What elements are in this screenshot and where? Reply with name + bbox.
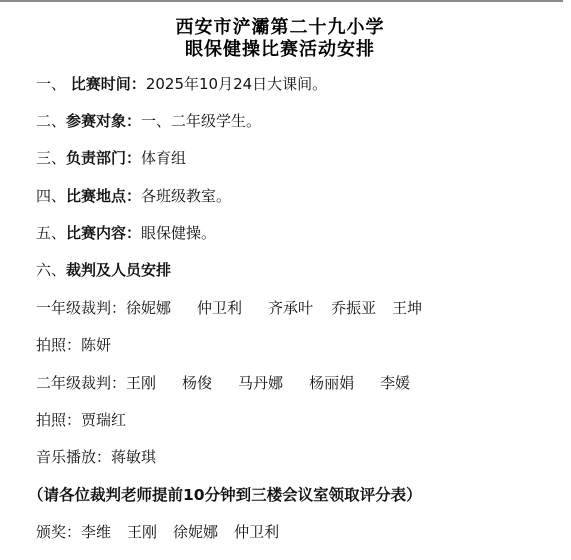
grade1-photographer-row: 拍照：陈妍 <box>36 335 111 355</box>
presenter-name: 仲卫利 <box>234 523 279 541</box>
awards-label: 颁奖： <box>36 523 81 541</box>
item-prefix: 四、 <box>36 187 66 205</box>
presenter-name: 徐妮娜 <box>173 523 218 541</box>
judge-name: 杨丽娟 <box>309 374 354 392</box>
item-competition-time: 一、 比赛时间：2025年10月24日大课间。 <box>36 74 327 94</box>
photographer-name: 陈妍 <box>81 336 111 354</box>
photographer-label: 拍照： <box>36 336 81 354</box>
judges-instruction-note: （请各位裁判老师提前10分钟到三楼会议室领取评分表） <box>28 485 422 505</box>
judge-name: 乔振亚 <box>331 299 376 317</box>
presenter-name: 王刚 <box>127 523 157 541</box>
grade2-judges-label: 二年级裁判： <box>36 374 126 392</box>
item-colon: ： <box>126 187 141 205</box>
judge-name: 仲卫利 <box>197 299 242 317</box>
item-label: 比赛地点 <box>66 187 126 205</box>
item-value: 体育组 <box>141 149 186 167</box>
item-label: 参赛对象 <box>66 112 126 130</box>
photographer-name: 贾瑞红 <box>81 411 126 429</box>
judge-name: 王刚 <box>126 374 156 392</box>
item-prefix: 六、 <box>36 261 66 279</box>
grade2-photographer-row: 拍照：贾瑞红 <box>36 410 126 430</box>
top-border-rule <box>0 0 563 2</box>
item-value: 各班级教室。 <box>141 187 231 205</box>
item-prefix: 一、 <box>36 75 71 93</box>
item-value: 2025年10月24日大课间。 <box>146 75 327 93</box>
item-colon: ： <box>126 224 141 242</box>
item-content: 五、比赛内容：眼保健操。 <box>36 223 216 243</box>
item-value: 眼保健操。 <box>141 224 216 242</box>
judge-name: 王坤 <box>392 299 422 317</box>
awards-row: 颁奖：李维王刚徐妮娜仲卫利 <box>36 522 279 542</box>
judge-name: 马丹娜 <box>238 374 283 392</box>
photographer-label: 拍照： <box>36 411 81 429</box>
item-location: 四、比赛地点：各班级教室。 <box>36 186 231 206</box>
music-label: 音乐播放： <box>36 448 111 466</box>
item-colon: ： <box>131 75 146 93</box>
item-staff-arrangement: 六、裁判及人员安排 <box>36 260 171 280</box>
item-label: 比赛时间 <box>71 75 131 93</box>
judge-name: 齐承叶 <box>268 299 313 317</box>
item-colon: ： <box>126 112 141 130</box>
music-operator-name: 蒋敏琪 <box>111 448 156 466</box>
item-label: 裁判及人员安排 <box>66 261 171 279</box>
item-prefix: 五、 <box>36 224 66 242</box>
grade1-judges-row: 一年级裁判：徐妮娜仲卫利齐承叶乔振亚王坤 <box>36 298 422 318</box>
item-label: 负责部门 <box>66 149 126 167</box>
document-title-event: 眼保健操比赛活动安排 <box>0 39 560 61</box>
grade2-judges-row: 二年级裁判：王刚杨俊马丹娜杨丽娟李媛 <box>36 373 410 393</box>
judge-name: 徐妮娜 <box>126 299 171 317</box>
judge-name: 杨俊 <box>182 374 212 392</box>
item-prefix: 二、 <box>36 112 66 130</box>
item-colon: ： <box>126 149 141 167</box>
judge-name: 李媛 <box>380 374 410 392</box>
grade1-judges-label: 一年级裁判： <box>36 299 126 317</box>
item-value: 一、二年级学生。 <box>141 112 261 130</box>
item-label: 比赛内容 <box>66 224 126 242</box>
document-title-school: 西安市浐灞第二十九小学 <box>0 17 560 39</box>
item-participants: 二、参赛对象：一、二年级学生。 <box>36 111 261 131</box>
music-operator-row: 音乐播放：蒋敏琪 <box>36 447 156 467</box>
item-department: 三、负责部门：体育组 <box>36 148 186 168</box>
item-prefix: 三、 <box>36 149 66 167</box>
presenter-name: 李维 <box>81 523 111 541</box>
